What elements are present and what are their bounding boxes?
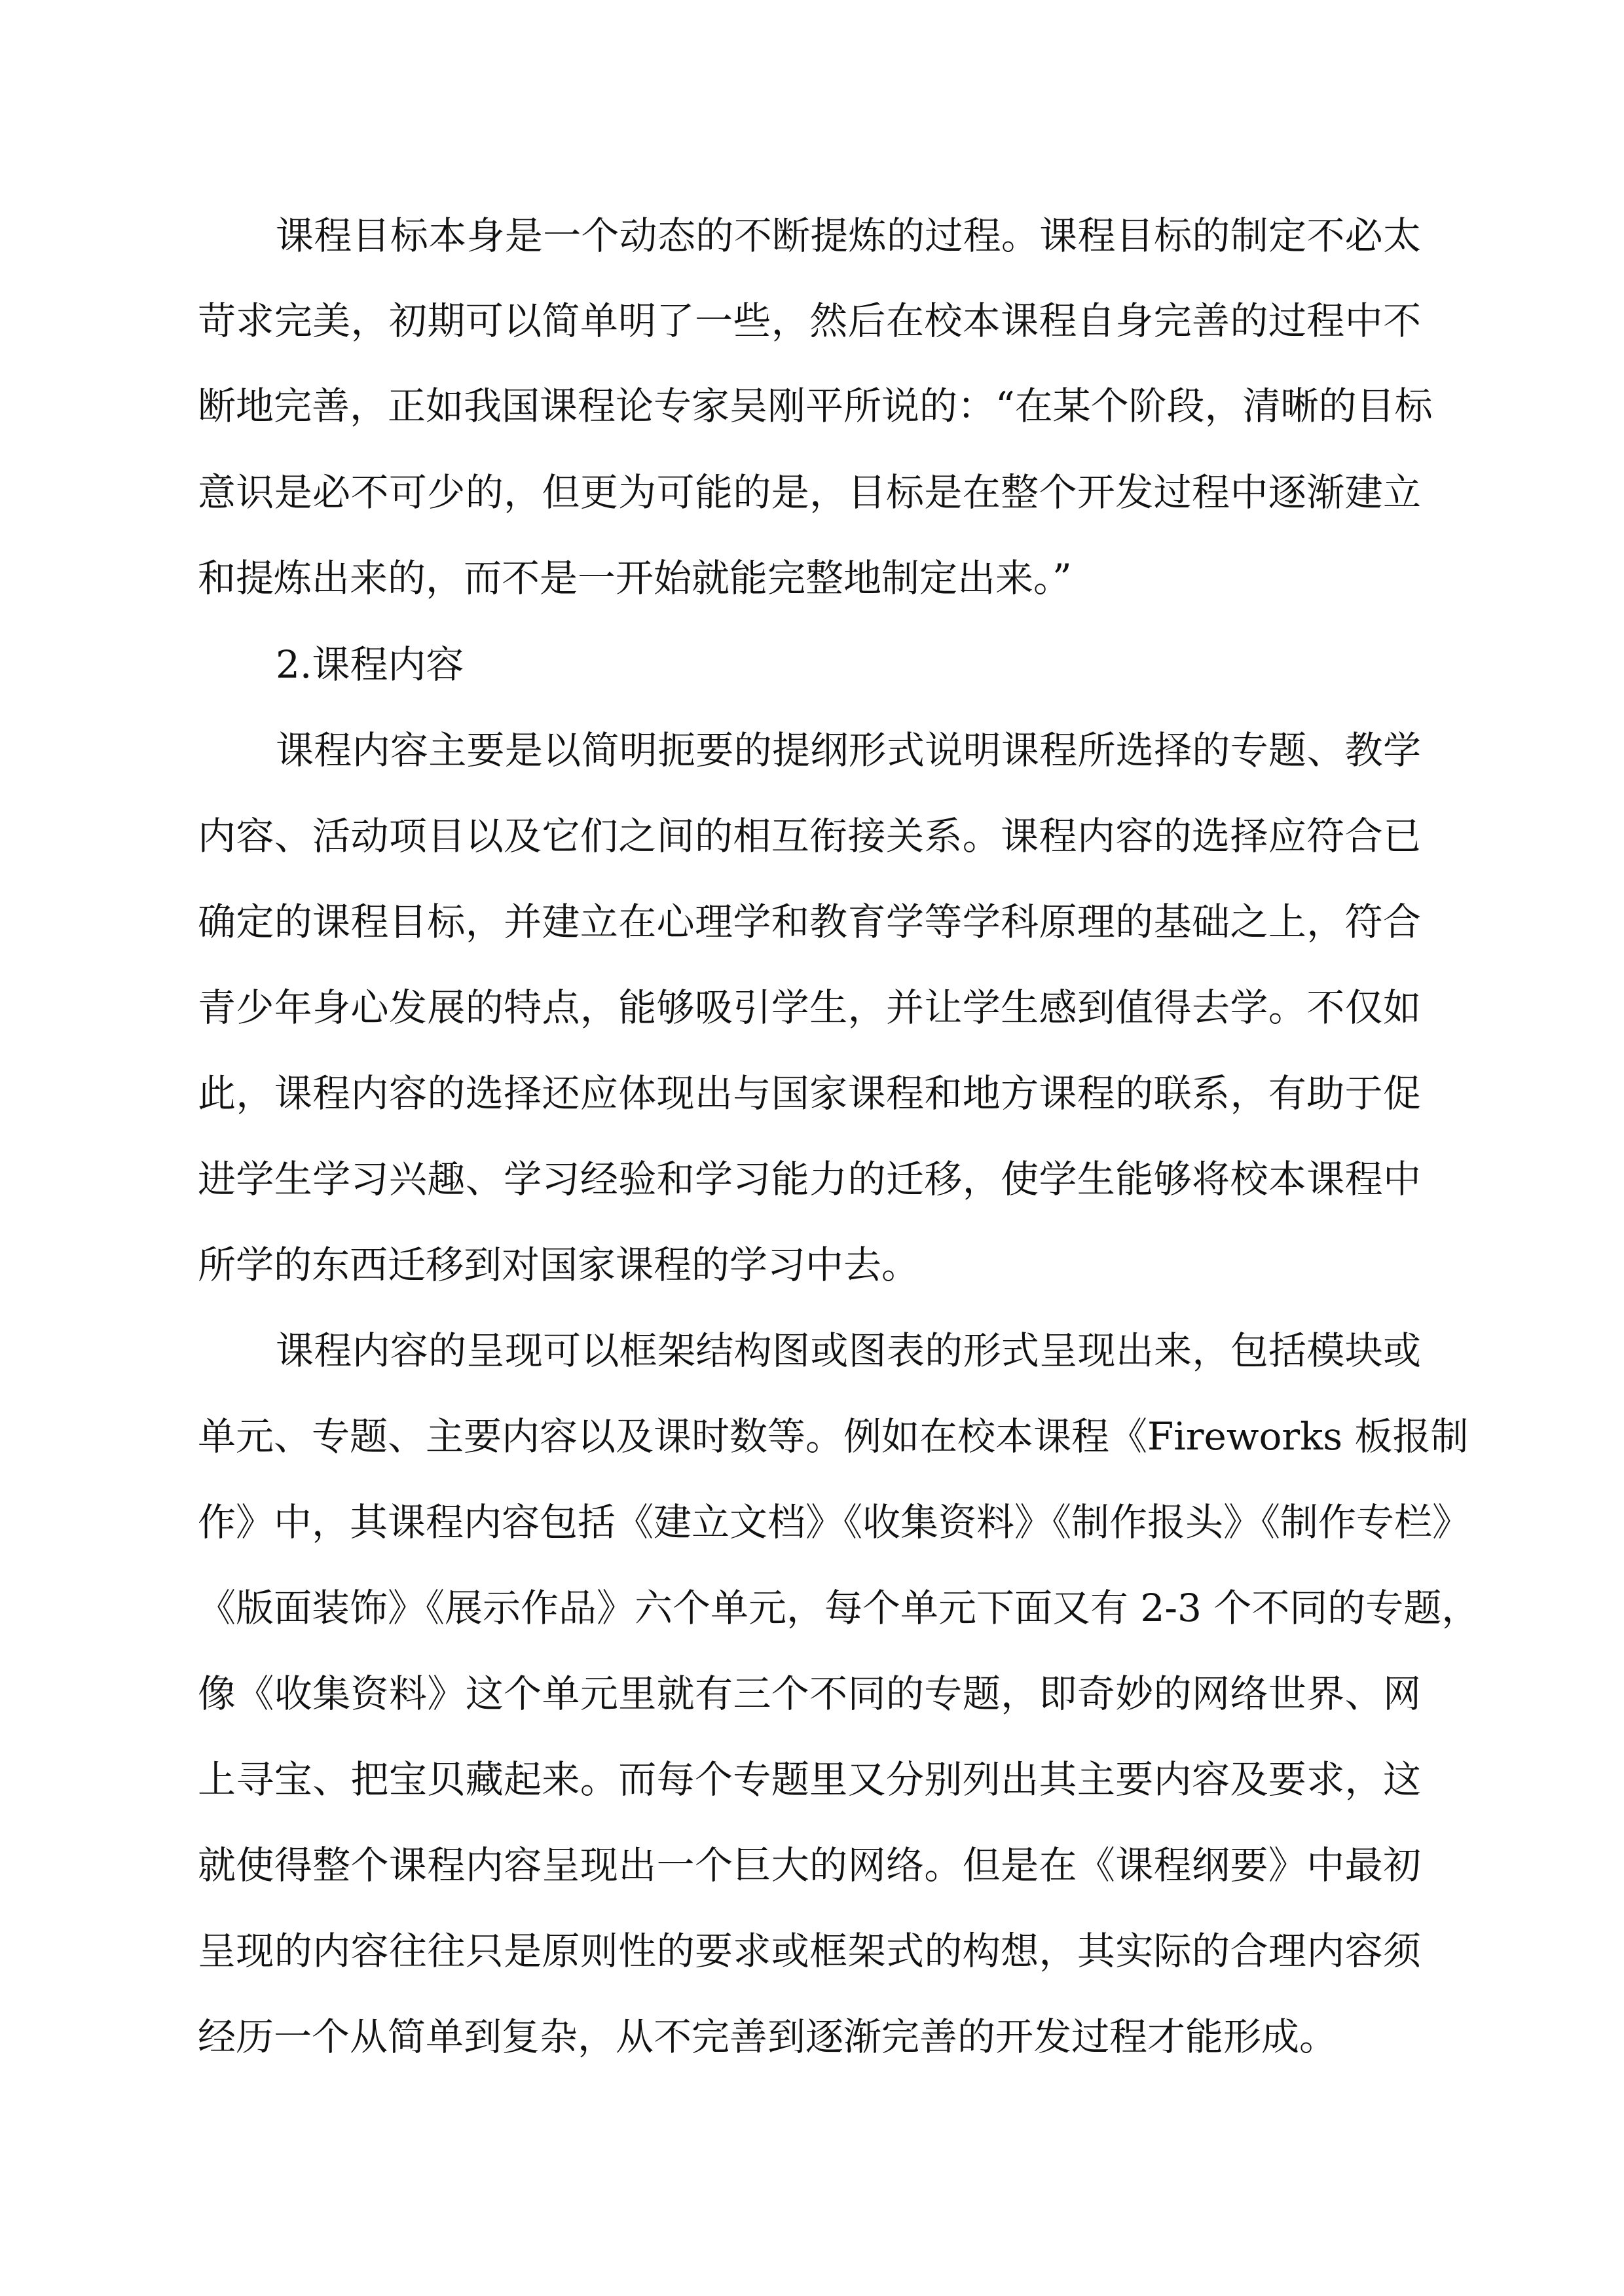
- text-line: 《版面装饰》《展示作品》六个单元，每个单元下面又有 2-3 个不同的专题，: [198, 1565, 1442, 1651]
- section-heading: 2.课程内容: [276, 622, 464, 708]
- text-line: 课程内容的呈现可以框架结构图或图表的形式呈现出来，包括模块或: [276, 1308, 1421, 1394]
- text-line: 呈现的内容往往只是原则性的要求或框架式的构想，其实际的合理内容须: [198, 1908, 1421, 1994]
- text-line: 此，课程内容的选择还应体现出与国家课程和地方课程的联系，有助于促: [198, 1051, 1421, 1137]
- text-line: 进学生学习兴趣、学习经验和学习能力的迁移，使学生能够将校本课程中: [198, 1137, 1421, 1222]
- text-line: 意识是必不可少的，但更为可能的是，目标是在整个开发过程中逐渐建立: [198, 450, 1421, 536]
- text-line: 就使得整个课程内容呈现出一个巨大的网络。但是在《课程纲要》中最初: [198, 1823, 1421, 1908]
- text-line: 经历一个从简单到复杂，从不完善到逐渐完善的开发过程才能形成。: [198, 1994, 1421, 2080]
- text-line: 和提炼出来的，而不是一开始就能完整地制定出来。”: [198, 536, 1421, 621]
- text-line: 作》中，其课程内容包括《建立文档》《收集资料》《制作报头》《制作专栏》: [198, 1480, 1442, 1565]
- text-line: 像《收集资料》这个单元里就有三个不同的专题，即奇妙的网络世界、网: [198, 1651, 1421, 1737]
- text-line: 断地完善，正如我国课程论专家吴刚平所说的：“在某个阶段，清晰的目标: [198, 363, 1421, 449]
- document-page: 课程目标本身是一个动态的不断提炼的过程。课程目标的制定不必太 苛求完美，初期可以…: [0, 0, 1624, 2296]
- text-line: 课程内容主要是以简明扼要的提纲形式说明课程所选择的专题、教学: [276, 708, 1421, 793]
- text-line: 单元、专题、主要内容以及课时数等。例如在校本课程《Fireworks 板报制: [198, 1394, 1442, 1480]
- text-line: 确定的课程目标，并建立在心理学和教育学等学科原理的基础之上，符合: [198, 879, 1421, 965]
- text-line: 所学的东西迁移到对国家课程的学习中去。: [198, 1222, 1421, 1308]
- text-line: 苛求完美，初期可以简单明了一些，然后在校本课程自身完善的过程中不: [198, 278, 1421, 364]
- text-line: 课程目标本身是一个动态的不断提炼的过程。课程目标的制定不必太: [276, 193, 1421, 279]
- text-line: 上寻宝、把宝贝藏起来。而每个专题里又分别列出其主要内容及要求，这: [198, 1737, 1421, 1823]
- text-line: 内容、活动项目以及它们之间的相互衔接关系。课程内容的选择应符合已: [198, 793, 1421, 879]
- text-line: 青少年身心发展的特点，能够吸引学生，并让学生感到值得去学。不仅如: [198, 965, 1421, 1051]
